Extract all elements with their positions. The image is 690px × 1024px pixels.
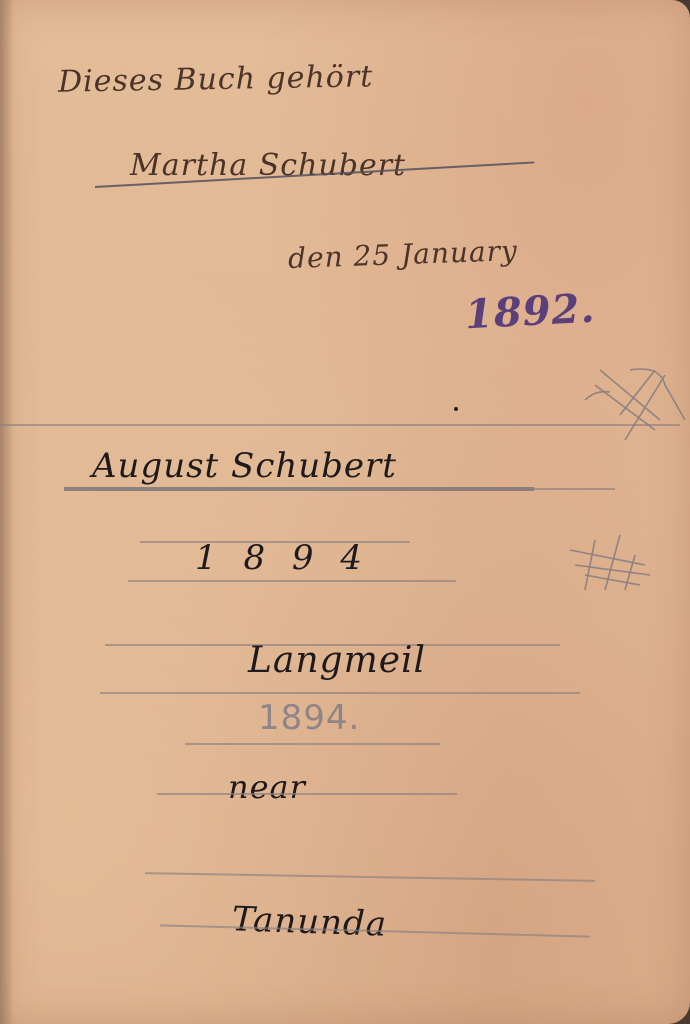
ink-dot <box>454 407 458 411</box>
word-near: near <box>228 768 306 806</box>
divider-rule <box>0 424 680 426</box>
ruled-line <box>145 872 595 881</box>
document-page: Dieses Buch gehört Martha Schubert den 2… <box>0 0 690 1024</box>
ruled-line <box>100 692 580 694</box>
date-line: den 25 January <box>287 234 518 275</box>
pencil-year-1894: 1894. <box>258 698 360 738</box>
pencil-scribble-upper-icon <box>580 360 690 450</box>
inscription-line-1: Dieses Buch gehört <box>58 59 374 99</box>
struck-name-august: August Schubert <box>92 446 397 486</box>
year-1892: 1892. <box>464 285 597 339</box>
place-langmeil: Langmeil <box>248 640 426 681</box>
ruled-line <box>128 580 456 582</box>
ruled-line <box>157 793 457 795</box>
pencil-scribble-lower-icon <box>565 530 655 600</box>
ruled-line <box>185 743 440 745</box>
year-1894: 1 8 9 4 <box>195 538 370 578</box>
strikethrough-august <box>64 487 534 491</box>
page-edge-shadow <box>0 0 14 1024</box>
ruled-line <box>500 488 615 490</box>
town-tanunda: Tanunda <box>231 899 387 944</box>
